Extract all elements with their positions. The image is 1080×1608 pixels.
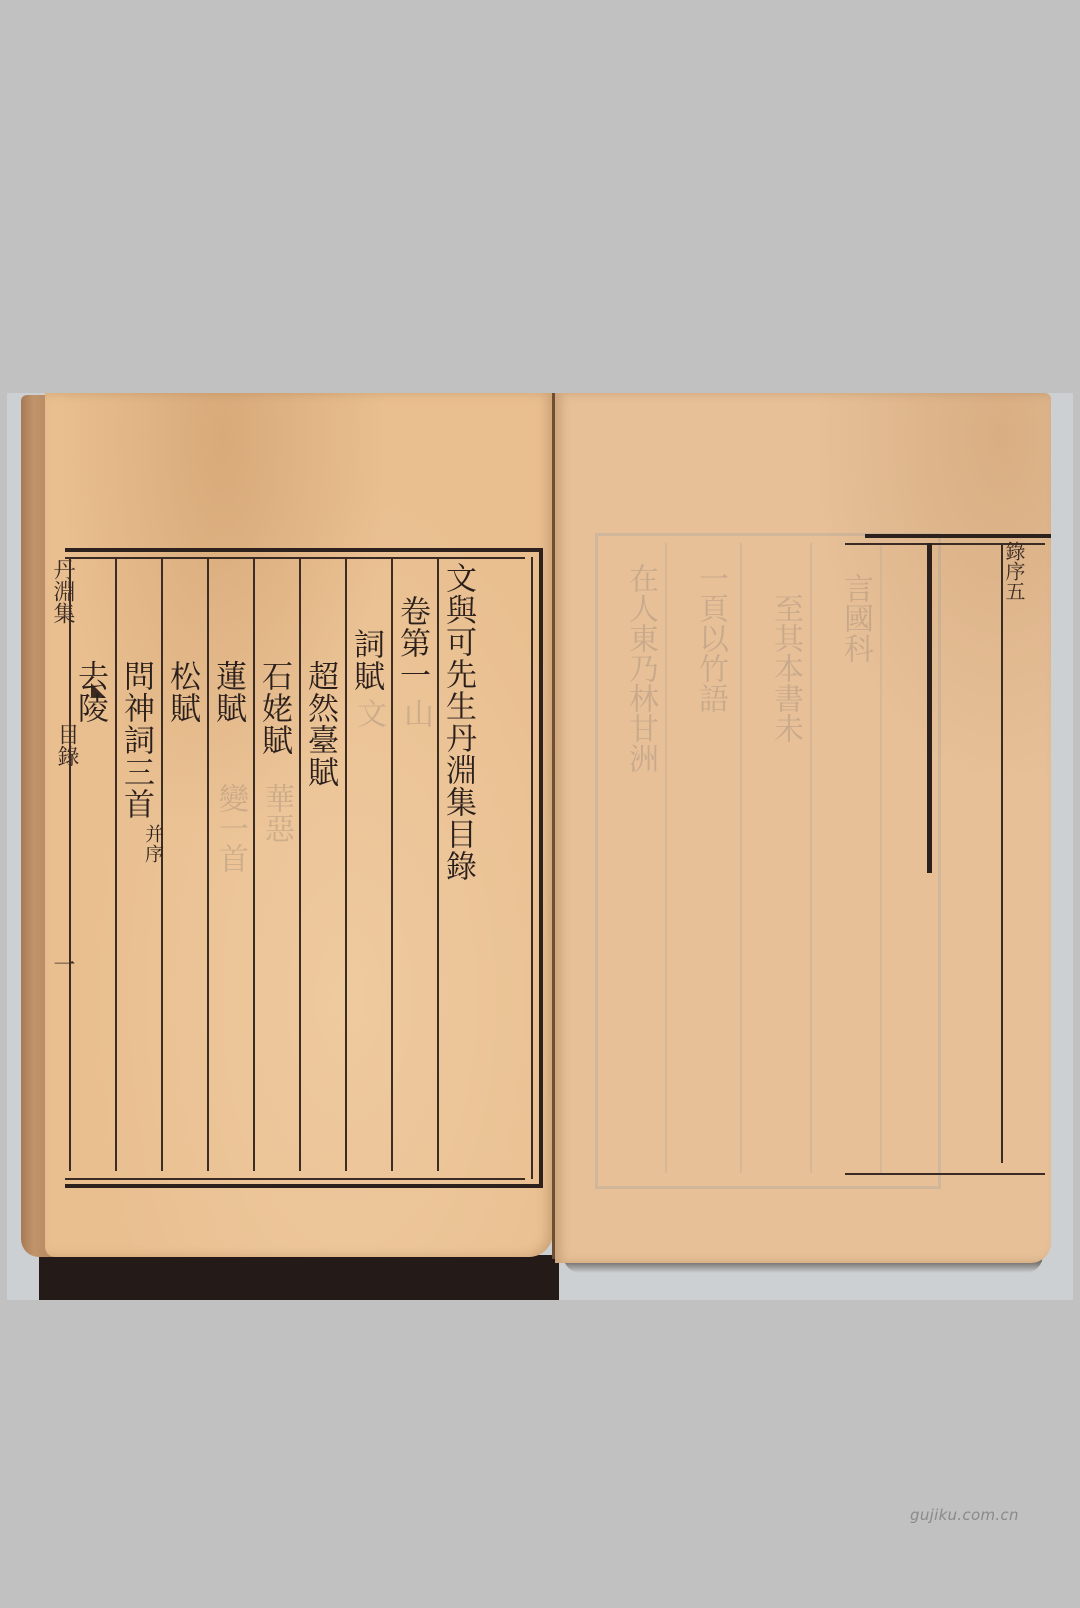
frame-rule-bottom: [65, 1178, 525, 1180]
column-rule: [391, 559, 393, 1171]
bleed-through-text: 一頁以竹語: [695, 563, 725, 713]
bleed-through-text: 言國科: [840, 573, 870, 663]
bleed-through-text: 華惡: [261, 783, 291, 843]
column-rule: [69, 559, 71, 1171]
bleed-through-text: 在人東乃林甘洲: [625, 563, 655, 773]
column-rule: [161, 559, 163, 1171]
frame-border-top: [865, 534, 1051, 538]
toc-entry: 問神詞三首: [120, 660, 151, 820]
printed-frame: 華惡 變一首 文 山 文與可先生丹淵集目錄 卷第一 詞賦 超然臺賦 石姥賦 蓮賦…: [65, 548, 543, 1188]
banxin-leaf-number: 五: [1002, 581, 1026, 601]
book-scan-photo: 丹淵集 目錄 一 華惡 變一首 文 山 文與: [7, 393, 1073, 1300]
column-rule: [115, 559, 117, 1171]
column-rule: [345, 559, 347, 1171]
column-rule: [253, 559, 255, 1171]
column-rule: [207, 559, 209, 1171]
frame-rule-bottom: [845, 1173, 1045, 1175]
bleed-through-rule: [740, 543, 742, 1173]
frame-rule-right: [531, 557, 533, 1179]
toc-entry: 去陵: [74, 660, 105, 724]
bleed-through-text: 變一首: [215, 783, 245, 873]
frame-rule-thin: [1001, 543, 1003, 1163]
frame-border-bottom: [65, 1184, 543, 1188]
watermark: gujiku.com.cn: [910, 1506, 1019, 1524]
frame-rule-bold: [927, 543, 932, 873]
bleed-through-rule: [810, 543, 812, 1173]
bleed-through-text: 至其本書未: [770, 593, 800, 743]
frame-rule-top: [65, 557, 525, 559]
toc-entry: 蓮賦: [212, 660, 243, 724]
book-shadow-left: [39, 1255, 559, 1300]
column-rule: [299, 559, 301, 1171]
category-heading: 詞賦: [350, 628, 381, 692]
bleed-through-rule: [880, 543, 882, 1173]
bleed-through-rule: [665, 543, 667, 1173]
bleed-through-text: 山: [400, 698, 430, 728]
volume-heading: 卷第一: [396, 595, 427, 691]
toc-entry: 超然臺賦: [304, 660, 335, 788]
banxin-title: 錄序: [1002, 541, 1026, 581]
toc-entry: 松賦: [166, 660, 197, 724]
right-page: 在人東乃林甘洲 一頁以竹語 至其本書未 言國科 錄序五: [555, 393, 1051, 1263]
frame-border-top: [65, 548, 543, 552]
book-title: 文與可先生丹淵集目錄: [442, 562, 473, 882]
frame-border-right: [539, 548, 543, 1188]
toc-entry-note: 并序: [143, 824, 162, 864]
left-page: 丹淵集 目錄 一 華惡 變一首 文 山 文與: [45, 393, 553, 1257]
column-rule: [437, 559, 439, 1171]
toc-entry: 石姥賦: [258, 660, 289, 756]
bleed-through-text: 文: [353, 698, 383, 728]
banxin-title-right: 錄序五: [1003, 541, 1024, 601]
